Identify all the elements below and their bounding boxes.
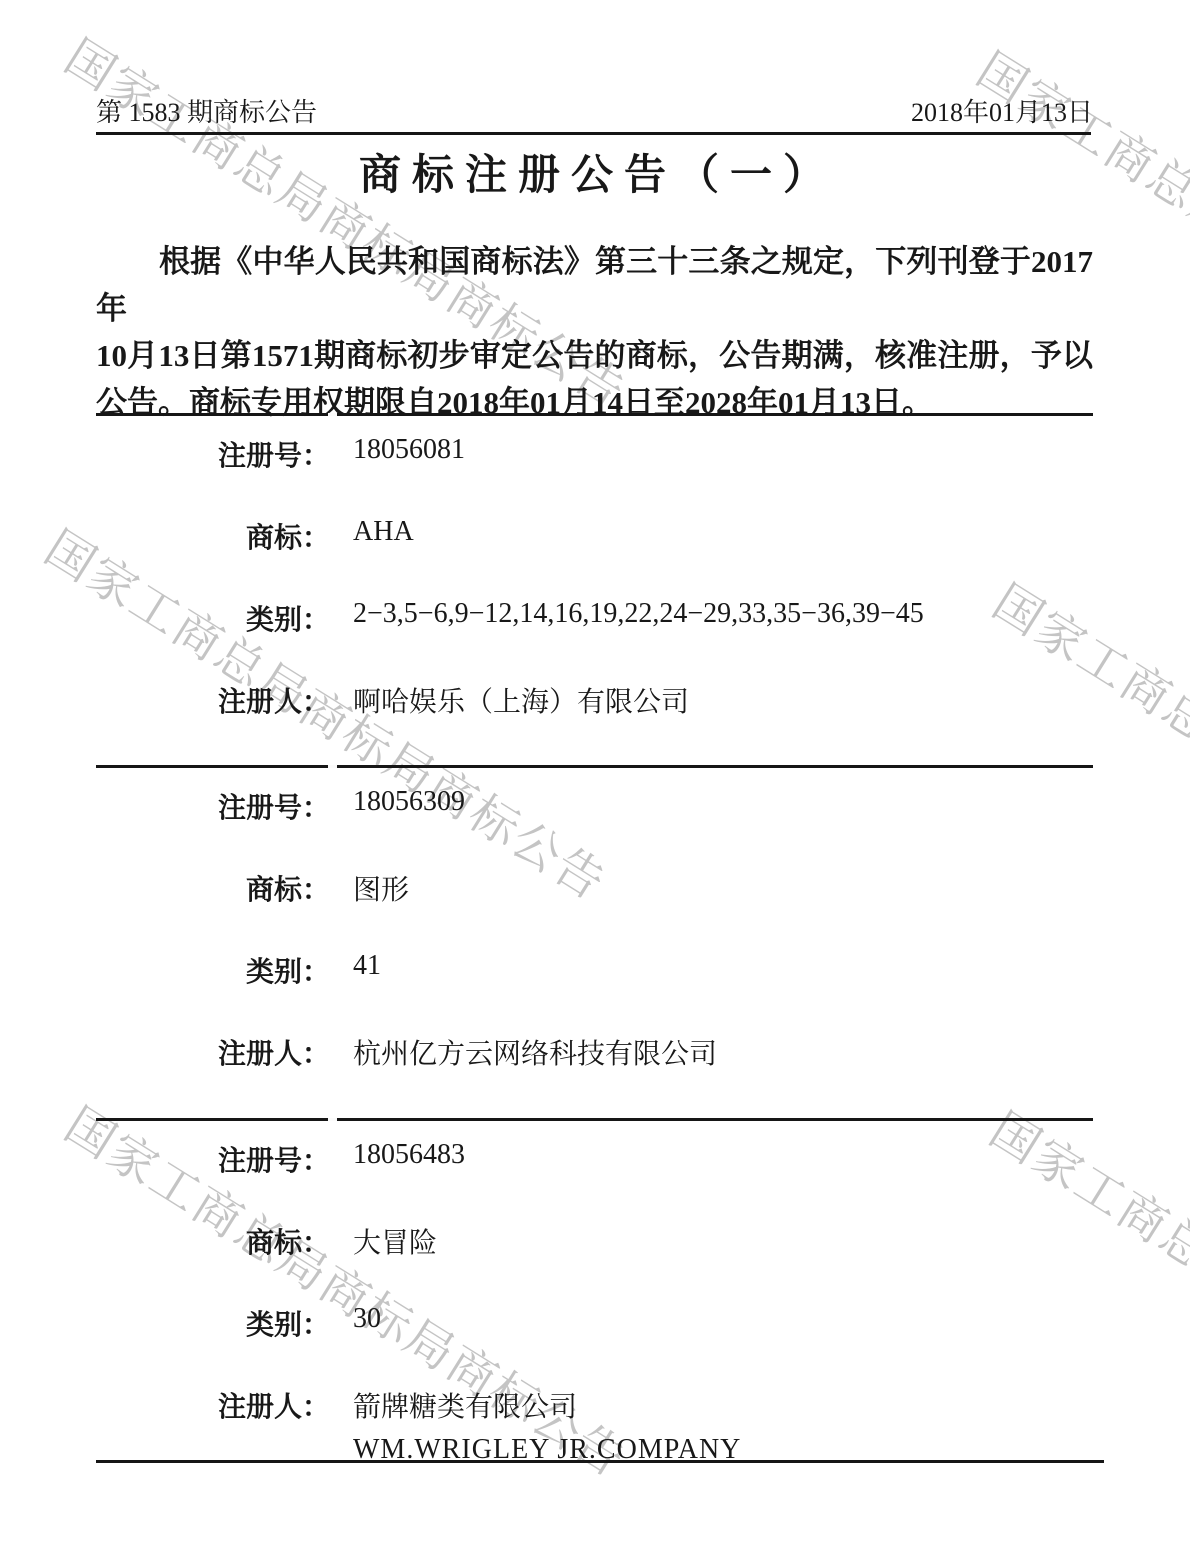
entry-field-row: 类别： 41 [96,950,1093,1032]
field-label: 类别： [96,598,330,638]
field-value-line1: 图形 [353,875,409,906]
field-label: 注册人： [96,1385,330,1425]
field-label: 注册人： [96,1032,330,1072]
field-label: 类别： [96,1303,330,1343]
entry-field-row: 商标： 图形 [96,868,1093,950]
entry-field-row: 类别： 2−3,5−6,9−12,14,16,19,22,24−29,33,35… [96,598,1093,680]
field-label: 类别： [96,950,330,990]
field-value: 18056081 [353,434,465,466]
field-label: 商标： [96,868,330,908]
entry-field-row: 注册号： 18056081 [96,434,1093,516]
entry-field-row: 注册号： 18056483 [96,1139,1093,1221]
entry-rows: 注册号： 18056081 商标： AHA 类别： 2−3,5−6,9−12,1… [96,416,1093,762]
page-content: 第 1583 期商标公告 2018年01月13日 商标注册公告（一） 根据《中华… [0,0,1190,1564]
trademark-entry: 注册号： 18056309 商标： 图形 类别： 41 注册人： 杭州亿方云网络… [96,765,1093,1114]
field-value-line1: 箭牌糖类有限公司 [353,1392,577,1423]
field-value-line1: 41 [353,950,381,981]
field-value-line1: 啊哈娱乐（上海）有限公司 [353,687,689,718]
entry-field-row: 注册人： 啊哈娱乐（上海）有限公司 [96,680,1093,762]
entries-list: 注册号： 18056081 商标： AHA 类别： 2−3,5−6,9−12,1… [0,0,1190,1564]
field-label: 商标： [96,1221,330,1261]
field-value: 18056483 [353,1139,465,1171]
field-value-line1: 18056483 [353,1139,465,1170]
field-label: 注册号： [96,1139,330,1179]
field-value: 2−3,5−6,9−12,14,16,19,22,24−29,33,35−36,… [353,598,924,630]
field-value-line1: 30 [353,1303,381,1334]
bottom-rule [96,1460,1104,1463]
entry-rows: 注册号： 18056309 商标： 图形 类别： 41 注册人： 杭州亿方云网络… [96,768,1093,1114]
entry-field-row: 商标： 大冒险 [96,1221,1093,1303]
entry-field-row: 注册人： 杭州亿方云网络科技有限公司 [96,1032,1093,1114]
field-value: 箭牌糖类有限公司WM.WRIGLEY JR.COMPANY [353,1385,741,1466]
document-page: 国家工商总局商标局商标公告国家工商总局商标局商标公告国家工商总局商标局商标公告国… [0,0,1190,1564]
field-value-line1: 18056309 [353,786,465,817]
field-value: 图形 [353,868,409,908]
field-value-line1: 杭州亿方云网络科技有限公司 [353,1039,717,1070]
field-label: 注册人： [96,680,330,720]
field-value: 18056309 [353,786,465,818]
field-value-line1: 大冒险 [353,1228,437,1259]
entry-field-row: 注册人： 箭牌糖类有限公司WM.WRIGLEY JR.COMPANY [96,1385,1093,1466]
trademark-entry: 注册号： 18056483 商标： 大冒险 类别： 30 注册人： 箭牌糖类有限… [96,1118,1093,1466]
field-label: 注册号： [96,786,330,826]
field-value-line1: AHA [353,516,414,547]
field-label: 注册号： [96,434,330,474]
entry-field-row: 注册号： 18056309 [96,786,1093,868]
entry-rows: 注册号： 18056483 商标： 大冒险 类别： 30 注册人： 箭牌糖类有限… [96,1121,1093,1466]
entry-field-row: 商标： AHA [96,516,1093,598]
field-value: 大冒险 [353,1221,437,1261]
field-value-line1: 2−3,5−6,9−12,14,16,19,22,24−29,33,35−36,… [353,598,924,629]
entry-field-row: 类别： 30 [96,1303,1093,1385]
field-value: 啊哈娱乐（上海）有限公司 [353,680,689,720]
field-value: 41 [353,950,381,982]
field-label: 商标： [96,516,330,556]
trademark-entry: 注册号： 18056081 商标： AHA 类别： 2−3,5−6,9−12,1… [96,413,1093,762]
field-value-line1: 18056081 [353,434,465,465]
field-value: 杭州亿方云网络科技有限公司 [353,1032,717,1072]
field-value: 30 [353,1303,381,1335]
field-value: AHA [353,516,414,548]
